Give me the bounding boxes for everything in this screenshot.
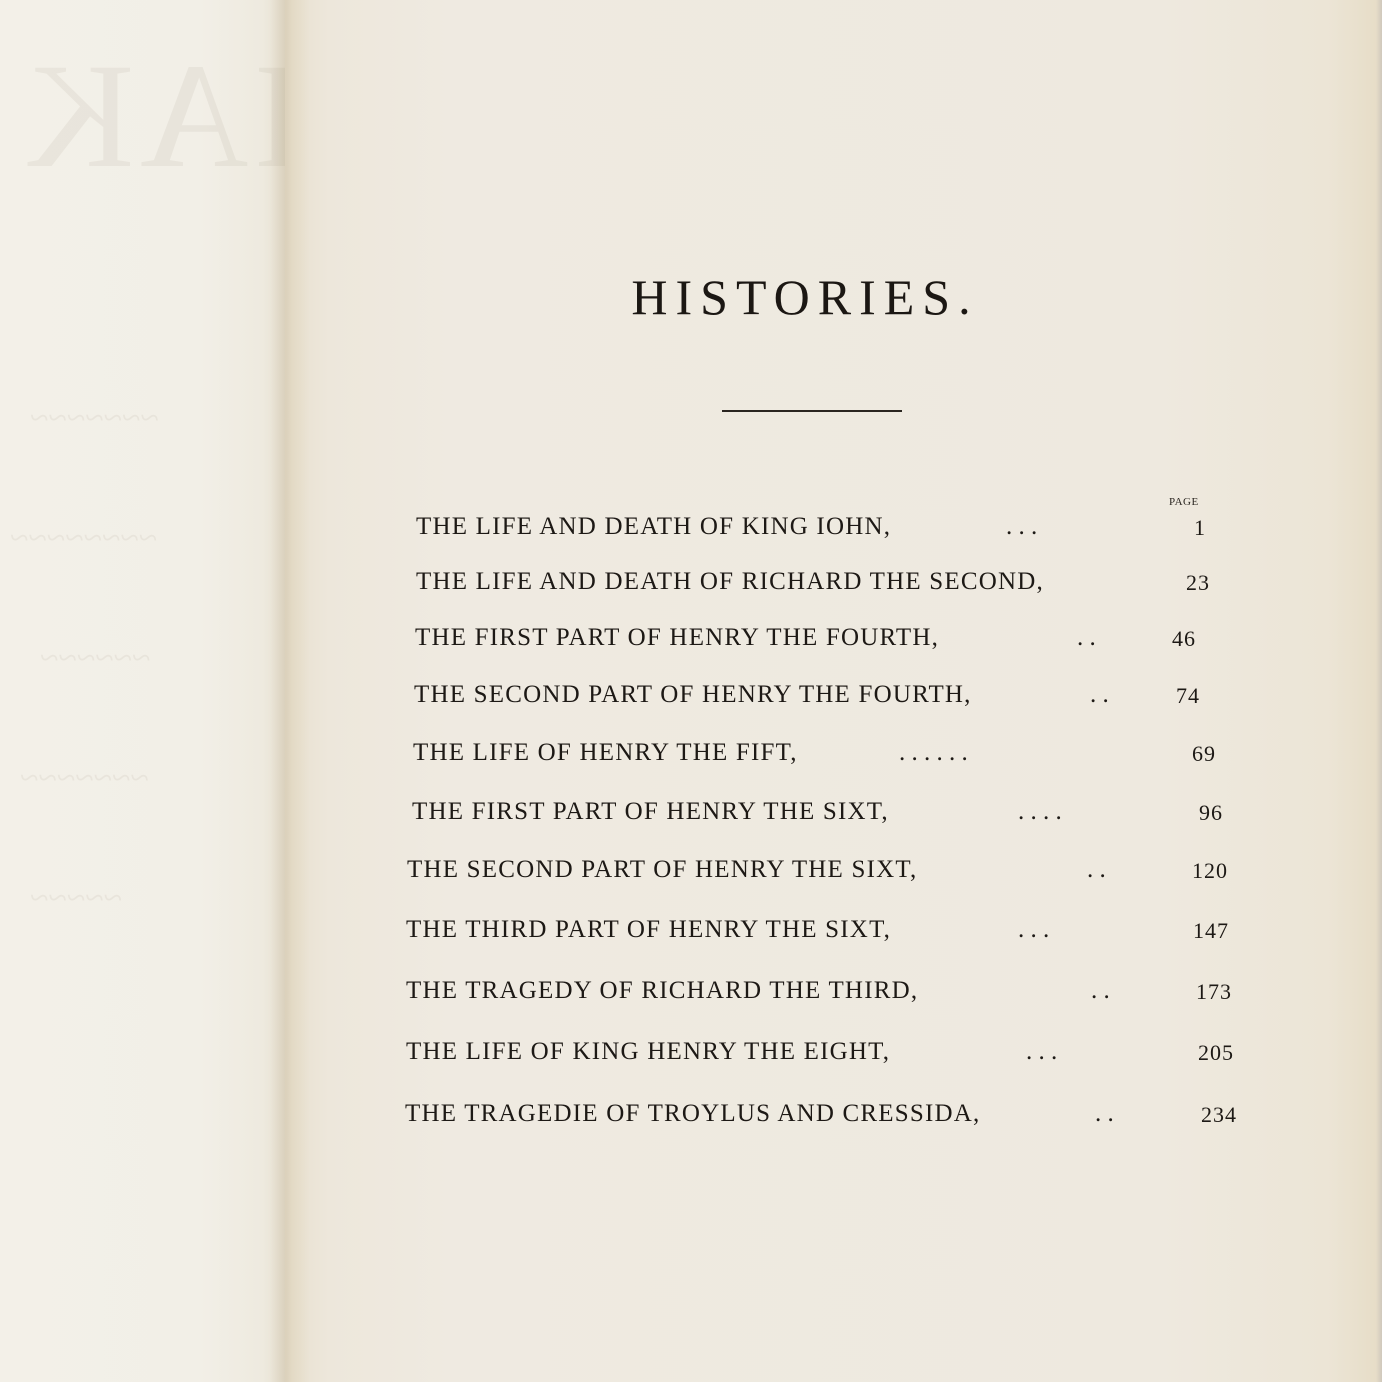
toc-page-number: 74 bbox=[1176, 683, 1200, 709]
toc-leader-dots: . . . bbox=[1018, 916, 1049, 944]
page-edge bbox=[1376, 0, 1382, 1382]
toc-page-number: 46 bbox=[1172, 626, 1196, 652]
show-through-line: ~~~~~~~~ bbox=[10, 520, 157, 558]
toc-page-number: 205 bbox=[1198, 1040, 1234, 1066]
show-through-line: ~~~~~~~ bbox=[30, 400, 159, 438]
left-facing-page: HAK ~~~~~~~ ~~~~~~~~ ~~~~~~ ~~~~~~~ ~~~~… bbox=[0, 0, 285, 1382]
toc-entry-title: THE SECOND PART OF HENRY THE FOURTH, bbox=[414, 681, 972, 709]
contents-page: HISTORIES. PAGE THE LIFE AND DEATH OF KI… bbox=[285, 0, 1382, 1382]
toc-entry-title: THE LIFE AND DEATH OF KING IOHN, bbox=[416, 513, 891, 541]
toc-entry-title: THE LIFE OF KING HENRY THE EIGHT, bbox=[406, 1038, 890, 1066]
toc-leader-dots: . . bbox=[1091, 977, 1110, 1005]
toc-leader-dots: . . bbox=[1077, 624, 1096, 652]
toc-entry-title: THE LIFE AND DEATH OF RICHARD THE SECOND… bbox=[416, 568, 1044, 596]
book-gutter bbox=[270, 0, 310, 1382]
toc-entry-title: THE THIRD PART OF HENRY THE SIXT, bbox=[406, 916, 891, 944]
toc-leader-dots: . . bbox=[1090, 681, 1109, 709]
show-through-line: ~~~~~~~ bbox=[20, 760, 149, 798]
table-of-contents: THE LIFE AND DEATH OF KING IOHN, . . . 1… bbox=[285, 0, 1382, 1382]
toc-leader-dots: . . . bbox=[1026, 1038, 1057, 1066]
toc-entry-title: THE TRAGEDIE OF TROYLUS AND CRESSIDA, bbox=[405, 1100, 980, 1128]
toc-entry-title: THE TRAGEDY OF RICHARD THE THIRD, bbox=[406, 977, 918, 1005]
show-through-line: ~~~~~ bbox=[30, 880, 122, 918]
toc-leader-dots: . . bbox=[1095, 1100, 1114, 1128]
toc-leader-dots: . . . . bbox=[1018, 798, 1062, 826]
toc-page-number: 1 bbox=[1194, 515, 1206, 541]
toc-leader-dots: . . . . . . bbox=[899, 739, 968, 767]
toc-page-number: 23 bbox=[1186, 570, 1210, 596]
toc-entry-title: THE LIFE OF HENRY THE FIFT, bbox=[413, 739, 798, 767]
toc-page-number: 120 bbox=[1192, 858, 1228, 884]
toc-page-number: 96 bbox=[1199, 800, 1223, 826]
toc-leader-dots: . . bbox=[1087, 856, 1106, 884]
toc-entry-title: THE SECOND PART OF HENRY THE SIXT, bbox=[407, 856, 917, 884]
toc-page-number: 234 bbox=[1201, 1102, 1237, 1128]
toc-page-number: 173 bbox=[1196, 979, 1232, 1005]
toc-page-number: 147 bbox=[1193, 918, 1229, 944]
toc-leader-dots: . . . bbox=[1006, 513, 1037, 541]
toc-page-number: 69 bbox=[1192, 741, 1216, 767]
toc-entry-title: THE FIRST PART OF HENRY THE FOURTH, bbox=[415, 624, 939, 652]
show-through-line: ~~~~~~ bbox=[40, 640, 150, 678]
book-spread: HAK ~~~~~~~ ~~~~~~~~ ~~~~~~ ~~~~~~~ ~~~~… bbox=[0, 0, 1382, 1382]
toc-entry-title: THE FIRST PART OF HENRY THE SIXT, bbox=[412, 798, 889, 826]
